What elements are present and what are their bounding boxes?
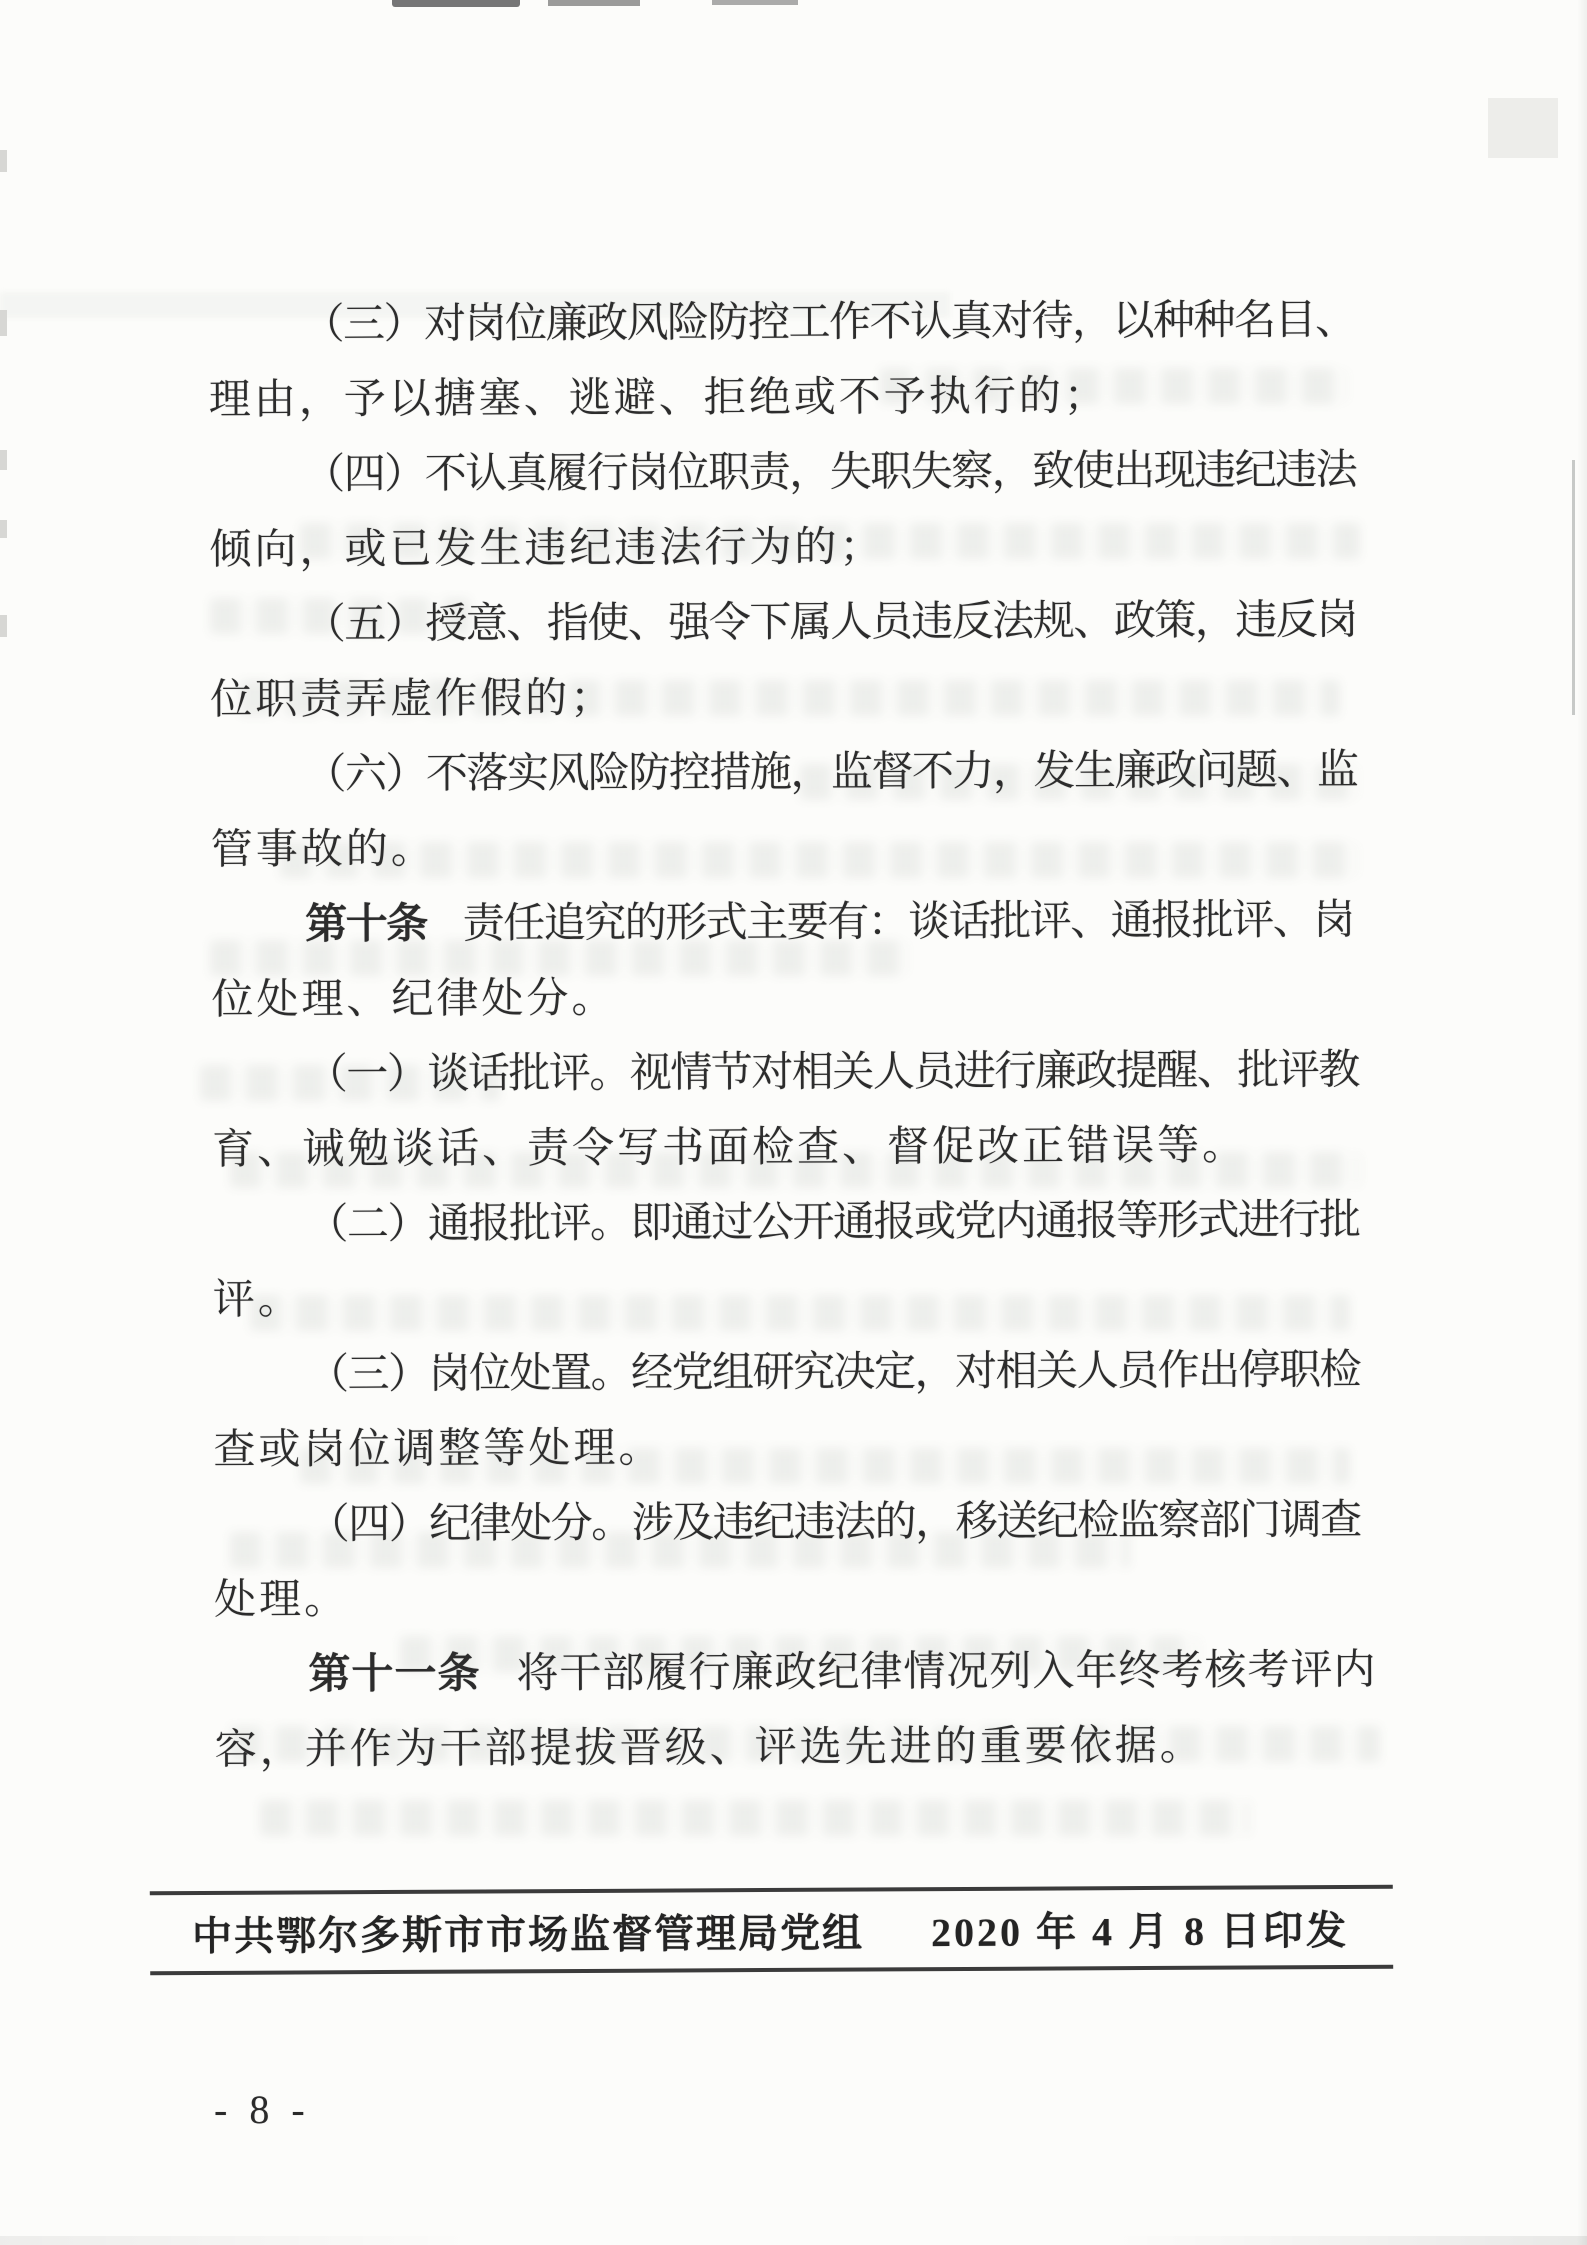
footer-colophon: 中共鄂尔多斯市市场监督管理局党组 2020 年 4 月 8 日印发 xyxy=(150,1885,1393,1976)
article-number-bold: 第十一条 xyxy=(308,1651,480,1698)
text-line: （五）授意、指使、强令下属人员违反法规、政策，违反岗 xyxy=(210,582,1382,662)
text-line: 处理。 xyxy=(214,1557,1386,1637)
article-text: 责任追究的形式主要有：谈话批评、通报批评、岗 xyxy=(463,898,1354,948)
article-text: 将干部履行廉政纪律情况列入年终考核考评内 xyxy=(516,1647,1376,1697)
text-line: 第十条责任追究的形式主要有：谈话批评、通报批评、岗 xyxy=(211,882,1383,962)
page-number: - 8 - xyxy=(214,2086,311,2133)
text-line: 位处理、纪律处分。 xyxy=(211,957,1383,1037)
text-line: 容，并作为干部提拔晋级、评选先进的重要依据。 xyxy=(215,1707,1387,1787)
scanned-document-page: （三）对岗位廉政风险防控工作不认真对待，以种种名目、 理由，予以搪塞、逃避、拒绝… xyxy=(0,0,1587,2245)
text-line: 位职责弄虚作假的； xyxy=(210,657,1382,737)
text-line: 倾向，或已发生违纪违法行为的； xyxy=(209,507,1381,587)
print-date: 2020 年 4 月 8 日印发 xyxy=(931,1898,1349,1957)
text-line: 查或岗位调整等处理。 xyxy=(213,1407,1385,1487)
text-line: 评。 xyxy=(213,1257,1385,1337)
text-line: （三）岗位处置。经党组研究决定，对相关人员作出停职检 xyxy=(213,1332,1385,1412)
issuer-name: 中共鄂尔多斯市市场监督管理局党组 xyxy=(192,1901,864,1962)
article-number-bold: 第十条 xyxy=(305,902,427,949)
text-line: （四）不认真履行岗位职责，失职失察，致使出现违纪违法 xyxy=(209,432,1381,512)
text-line: 育、诫勉谈话、责令写书面检查、督促改正错误等。 xyxy=(212,1107,1384,1187)
text-line: （二）通报批评。即通过公开通报或党内通报等形式进行批 xyxy=(212,1182,1384,1262)
text-line: （三）对岗位廉政风险防控工作不认真对待，以种种名目、 xyxy=(208,282,1380,362)
text-line: 第十一条将干部履行廉政纪律情况列入年终考核考评内 xyxy=(214,1632,1386,1712)
text-line: 管事故的。 xyxy=(211,807,1383,887)
text-line: （一）谈话批评。视情节对相关人员进行廉政提醒、批评教 xyxy=(212,1032,1384,1112)
text-line: 理由，予以搪塞、逃避、拒绝或不予执行的； xyxy=(209,357,1381,437)
text-line: （四）纪律处分。涉及违纪违法的，移送纪检监察部门调查 xyxy=(214,1482,1386,1562)
text-line: （六）不落实风险防控措施，监督不力，发生廉政问题、监 xyxy=(210,732,1382,812)
